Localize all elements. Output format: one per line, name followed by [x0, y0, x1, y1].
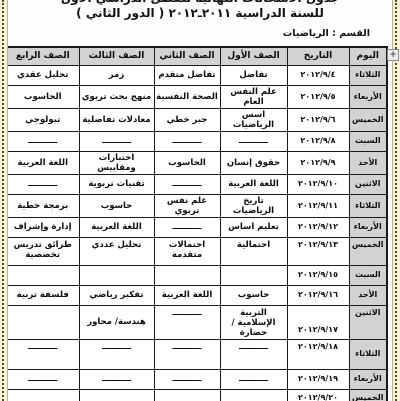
subject-cell: اللغة العربية	[6, 151, 79, 174]
date-cell: ٢٠١٢/٩/١١	[287, 194, 349, 217]
subject-cell	[6, 265, 79, 285]
table-row: الاثنين ٢٠١٢/٩/١٧ التربية الإسلامية / حض…	[6, 305, 387, 339]
table-move-handle-icon[interactable]: +	[387, 49, 399, 61]
date-cell: ٢٠١٢/٩/١٥	[287, 265, 349, 285]
subject-cell: ــــــــــ	[6, 131, 79, 151]
header-grade-3: الصف الثالث	[79, 47, 154, 65]
subject-cell: ــــــــــ	[79, 339, 154, 369]
date-cell: ٢٠١٢/٩/٤	[287, 65, 349, 85]
subject-cell: إدارة وإشراف	[6, 217, 79, 237]
subject-cell	[220, 265, 287, 285]
subject-cell: تاريخ الرياضيات	[220, 194, 287, 217]
day-cell: الأحد	[349, 151, 387, 174]
subject-cell: فلسفة تربية	[6, 285, 79, 305]
date-cell: ٢٠١٢/٩/١٧	[287, 305, 349, 339]
subject-cell: اللغة العربية	[79, 217, 154, 237]
table-row: الأربعاء ٢٠١٢/٩/٥ علم النفس العام الصحة …	[6, 85, 387, 108]
subject-cell: تعليم اساس	[220, 217, 287, 237]
subject-cell: ــــــــــ	[154, 174, 220, 194]
day-cell: الأحد	[349, 285, 387, 305]
subject-cell: تقنيات تربوية	[79, 174, 154, 194]
subject-cell: ــــــــــ	[6, 339, 79, 369]
date-cell: ٢٠١٢/٩/١٢	[287, 217, 349, 237]
subject-cell: احتمالية	[220, 237, 287, 265]
table-row: السبت ٢٠١٢/٩/٨ ــــــــــ ــــــــــ ـــ…	[6, 131, 387, 151]
date-cell: ٢٠١٢/٩/١٦	[287, 285, 349, 305]
day-cell: الأربعاء	[349, 217, 387, 237]
subject-cell: زمر	[79, 65, 154, 85]
title-line-1: جدول الامتحانات النهائية للفصل الدراسي ا…	[12, 0, 388, 5]
day-cell: الخميس	[349, 108, 387, 131]
subject-cell: برمجة خطية	[6, 194, 79, 217]
subject-cell: علم نفس تربوي	[154, 194, 220, 217]
day-cell: الخميس	[349, 389, 387, 401]
subject-cell: اللغة العربية	[154, 285, 220, 305]
date-cell: ٢٠١٢/٩/١٩	[287, 369, 349, 389]
table-row: الأحد ٢٠١٢/٩/٩ حقوق إنسان الحاسوب اختبار…	[6, 151, 387, 174]
exam-schedule-table: اليوم التاريخ الصف الأول الصف الثاني الص…	[5, 46, 388, 401]
subject-cell: اختبارات ومقاييس	[79, 151, 154, 174]
subject-cell: احتمالات متقدمة	[154, 237, 220, 265]
table-row: الأحد ٢٠١٢/٩/١٦ حاسوب اللغة العربية تفكي…	[6, 285, 387, 305]
subject-cell: اسس الرياضيات	[220, 108, 287, 131]
day-cell: الخميس	[349, 237, 387, 265]
subject-cell: ــــــــــ	[154, 217, 220, 237]
department-label: القسم : الرياضيات	[283, 28, 370, 39]
date-cell: ٢٠١٢/٩/٨	[287, 131, 349, 151]
table-row: الاثنين ٢٠١٢/٩/١٠ اللغة العربية ــــــــ…	[6, 174, 387, 194]
subject-cell: ــــــــــ	[220, 339, 287, 369]
title-line-2: للسنة الدراسية ٢٠١١ـ٢٠١٢ ( الدور الثاني …	[12, 6, 388, 21]
day-cell: الأربعاء	[349, 85, 387, 108]
table-header-row: اليوم التاريخ الصف الأول الصف الثاني الص…	[6, 47, 387, 65]
subject-cell: ــــــــــ	[220, 369, 287, 389]
subject-cell: منهج بحث تربوي	[79, 85, 154, 108]
day-cell: الثلاثاء	[349, 65, 387, 85]
table-row: الخميس ٢٠١٢/٩/٦ اسس الرياضيات جبر خطي مع…	[6, 108, 387, 131]
day-cell: الأربعاء	[349, 369, 387, 389]
subject-cell: الحاسوب	[154, 151, 220, 174]
subject-cell: الحاسوب	[6, 85, 79, 108]
date-cell: ٢٠١٢/٩/١٠	[287, 174, 349, 194]
subject-cell: حقوق إنسان	[220, 151, 287, 174]
subject-cell: اللغة العربية	[220, 174, 287, 194]
document-page: { "page": { "title_line1": "جدول الامتحا…	[0, 0, 400, 401]
day-cell: السبت	[349, 131, 387, 151]
subject-cell	[154, 389, 220, 401]
date-cell: ٢٠١٢/٩/٥	[287, 85, 349, 108]
day-cell: الثلاثاء	[349, 194, 387, 217]
subject-cell: تفاضل متقدم	[154, 65, 220, 85]
subject-cell: ــــــــــ	[220, 131, 287, 151]
subject-cell: تحليل عددي	[79, 237, 154, 265]
day-cell: الاثنين	[349, 305, 387, 339]
subject-cell: ــــــــــ	[154, 131, 220, 151]
header-grade-1: الصف الأول	[220, 47, 287, 65]
subject-cell: تفاضل	[220, 65, 287, 85]
day-cell: الثلاثاء	[349, 339, 387, 369]
subject-cell: تبولوجي	[6, 108, 79, 131]
subject-cell: ــــــــــ	[79, 131, 154, 151]
table-row: الأربعاء ٢٠١٢/٩/١٩ ــــــــــ ــــــــــ…	[6, 369, 387, 389]
document-title: جدول الامتحانات النهائية للفصل الدراسي ا…	[12, 0, 388, 21]
subject-cell	[154, 265, 220, 285]
day-cell: الاثنين	[349, 174, 387, 194]
subject-cell: حاسوب	[220, 285, 287, 305]
date-cell: ٢٠١٢/٩/١٨	[287, 339, 349, 369]
table-row: الثلاثاء ٢٠١٢/٩/٤ تفاضل تفاضل متقدم زمر …	[6, 65, 387, 85]
table-row: الخميس ٢٠١٢/٩/١٣ احتمالية احتمالات متقدم…	[6, 237, 387, 265]
subject-cell: ــــــــــ	[6, 369, 79, 389]
subject-cell: طرائق تدريس تخصصية	[6, 237, 79, 265]
subject-cell	[6, 389, 79, 401]
header-day: اليوم	[349, 47, 387, 65]
table-row: الخميس ٢٠١٢/٩/٢٠	[6, 389, 387, 401]
subject-cell: ــــــــــ	[154, 339, 220, 369]
subject-cell: علم النفس العام	[220, 85, 287, 108]
header-grade-2: الصف الثاني	[154, 47, 220, 65]
date-cell: ٢٠١٢/٩/٩	[287, 151, 349, 174]
date-cell: ٢٠١٢/٩/٦	[287, 108, 349, 131]
subject-cell: ــــــــــ	[154, 369, 220, 389]
table-row: السبت ٢٠١٢/٩/١٥	[6, 265, 387, 285]
subject-cell: ــــــــــ	[79, 369, 154, 389]
subject-cell	[79, 265, 154, 285]
table-row: الثلاثاء ٢٠١٢/٩/١١ تاريخ الرياضيات علم ن…	[6, 194, 387, 217]
subject-cell: هندسة/ محاور	[79, 305, 154, 339]
subject-cell: معادلات تفاضلية	[79, 108, 154, 131]
day-cell: السبت	[349, 265, 387, 285]
subject-cell	[79, 389, 154, 401]
subject-cell	[6, 305, 79, 339]
subject-cell: تفكير رياضي	[79, 285, 154, 305]
subject-cell: تحليل عقدي	[6, 65, 79, 85]
date-cell: ٢٠١٢/٩/١٣	[287, 237, 349, 265]
subject-cell: الصحة النفسية	[154, 85, 220, 108]
decorative-page-border-left	[0, 0, 8, 401]
subject-cell: ــــــــــ	[154, 305, 220, 339]
table-row: الثلاثاء ٢٠١٢/٩/١٨ ــــــــــ ــــــــــ…	[6, 339, 387, 369]
subject-cell	[220, 389, 287, 401]
subject-cell: حاسوب	[79, 194, 154, 217]
subject-cell: ــــــــــ	[6, 174, 79, 194]
subject-cell: جبر خطي	[154, 108, 220, 131]
header-date: التاريخ	[287, 47, 349, 65]
table-row: الأربعاء ٢٠١٢/٩/١٢ تعليم اساس ــــــــــ…	[6, 217, 387, 237]
header-grade-4: الصف الرابع	[6, 47, 79, 65]
subject-cell: التربية الإسلامية / حضارة	[220, 305, 287, 339]
date-cell: ٢٠١٢/٩/٢٠	[287, 389, 349, 401]
